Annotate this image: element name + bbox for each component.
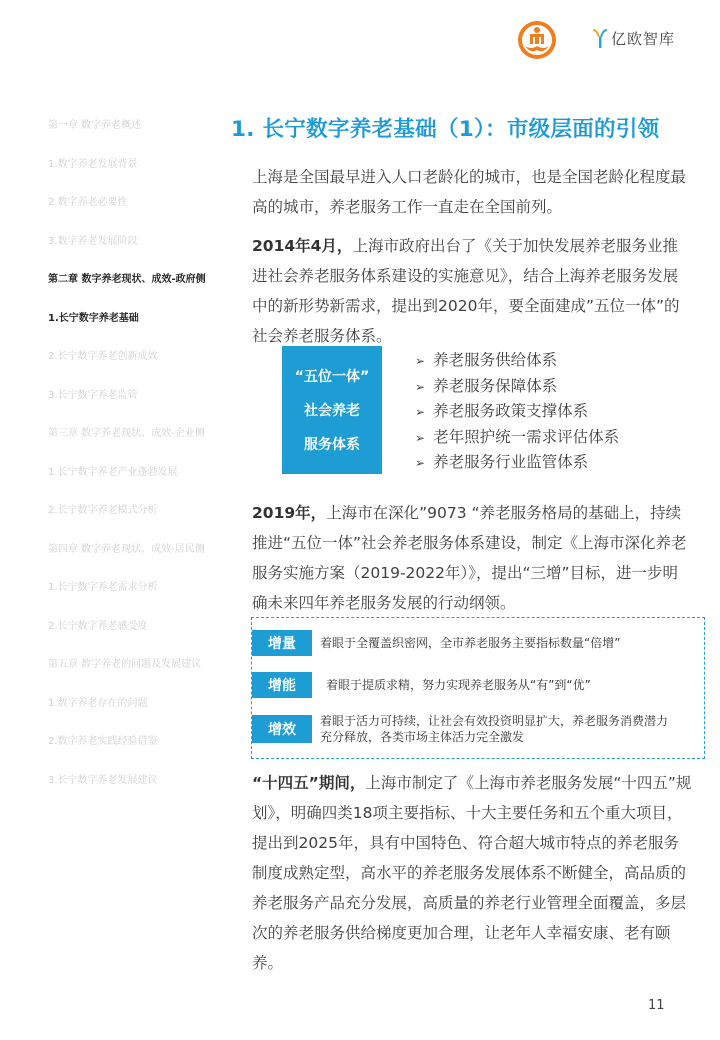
- list-item: ➢养老服务行业监管体系: [415, 450, 619, 476]
- three-increase-goals-box: 增量 着眼于全覆盖织密网，全市养老服务主要指标数量“倍增” 增能 着眼于提质求精…: [251, 617, 705, 759]
- toc-item-2-3[interactable]: 3.长宁数字养老监管: [48, 388, 238, 427]
- five-in-one-box: “五位一体” 社会养老 服务体系: [282, 346, 382, 474]
- toc-item-5-1[interactable]: 1.数字养老存在的问题: [48, 696, 238, 735]
- header-logos: 亿欧智库: [517, 20, 707, 70]
- arrow-bullet-icon: ➢: [415, 354, 425, 368]
- toc-item-3-2[interactable]: 2.长宁数字养老模式分析: [48, 503, 238, 542]
- toc-item-2-1[interactable]: 1.长宁数字养老基础: [48, 311, 238, 350]
- toc-item-ch5[interactable]: 第五章 数字养老的问题及发展建议: [48, 657, 238, 696]
- arrow-bullet-icon: ➢: [415, 456, 425, 470]
- goal-text: 着眼于活力可持续，让社会有效投资明显扩大，养老服务消费潜力充分释放，各类市场主体…: [320, 713, 675, 745]
- goal-text: 着眼于全覆盖织密网，全市养老服务主要指标数量“倍增”: [320, 635, 620, 651]
- paragraph-2019: 2019年，上海市在深化”9073 “养老服务格局的基础上，持续推进“五位一体”…: [252, 498, 692, 618]
- goal-row-efficiency: 增效 着眼于活力可持续，让社会有效投资明显扩大，养老服务消费潜力充分释放，各类市…: [252, 713, 675, 745]
- goal-tag: 增量: [252, 630, 312, 656]
- toc-item-ch1[interactable]: 第一章 数字养老概述: [48, 118, 238, 157]
- arrow-bullet-icon: ➢: [415, 405, 425, 419]
- goal-text: 着眼于提质求精，努力实现养老服务从“有”到“优”: [326, 677, 591, 693]
- list-item: ➢养老服务政策支撑体系: [415, 399, 619, 425]
- arrow-bullet-icon: ➢: [415, 380, 425, 394]
- paragraph-2014: 2014年4月，上海市政府出台了《关于加快发展养老服务业推进社会养老服务体系建设…: [252, 231, 692, 351]
- paragraph-14th-five-year: “十四五”期间，上海市制定了《上海市养老服务发展“十四五”规划》，明确四类18项…: [252, 768, 692, 978]
- paragraph-14th-lead: “十四五”期间，: [252, 774, 365, 792]
- brand-name: 亿欧智库: [611, 28, 675, 49]
- table-of-contents: 第一章 数字养老概述 1.数字养老发展背景 2.数字养老必要性 3.数字养老发展…: [48, 118, 238, 811]
- toc-item-5-3[interactable]: 3.长宁数字养老发展建议: [48, 773, 238, 812]
- elderly-care-emblem-icon: [517, 20, 557, 60]
- goal-tag: 增效: [252, 715, 312, 743]
- toc-item-ch3[interactable]: 第三章 数字养老现状、成效-企业侧: [48, 426, 238, 465]
- toc-item-3-1[interactable]: 1.长宁数字养老产业蓬勃发展: [48, 465, 238, 504]
- paragraph-2014-lead: 2014年4月，: [252, 237, 352, 255]
- toc-item-ch2[interactable]: 第二章 数字养老现状、成效-政府侧: [48, 272, 238, 311]
- five-system-list: ➢养老服务供给体系 ➢养老服务保障体系 ➢养老服务政策支撑体系 ➢老年照护统一需…: [415, 348, 619, 476]
- list-item: ➢养老服务保障体系: [415, 374, 619, 400]
- list-item-text: 养老服务供给体系: [433, 351, 557, 369]
- toc-item-ch4[interactable]: 第四章 数字养老现状、成效-居民侧: [48, 542, 238, 581]
- list-item-text: 养老服务保障体系: [433, 377, 557, 395]
- five-box-line2: 社会养老: [282, 400, 382, 420]
- list-item-text: 养老服务行业监管体系: [433, 453, 588, 471]
- five-box-line3: 服务体系: [282, 434, 382, 454]
- goal-row-capability: 增能 着眼于提质求精，努力实现养老服务从“有”到“优”: [252, 672, 591, 698]
- paragraph-intro: 上海是全国最早进入人口老龄化的城市，也是全国老龄化程度最高的城市，养老服务工作一…: [252, 162, 692, 222]
- page-title: 1. 长宁数字养老基础（1）：市级层面的引领: [231, 112, 659, 143]
- toc-item-1-3[interactable]: 3.数字养老发展阶段: [48, 234, 238, 273]
- toc-item-1-1[interactable]: 1.数字养老发展背景: [48, 157, 238, 196]
- toc-item-5-2[interactable]: 2.数字养老实践经验借鉴: [48, 734, 238, 773]
- list-item: ➢养老服务供给体系: [415, 348, 619, 374]
- toc-item-2-2[interactable]: 2.长宁数字养老创新成效: [48, 349, 238, 388]
- goal-tag: 增能: [252, 672, 312, 698]
- toc-item-1-2[interactable]: 2.数字养老必要性: [48, 195, 238, 234]
- five-box-line1: “五位一体”: [282, 366, 382, 386]
- paragraph-14th-text: 上海市制定了《上海市养老服务发展“十四五”规划》，明确四类18项主要指标、十大主…: [252, 774, 691, 972]
- list-item-text: 老年照护统一需求评估体系: [433, 428, 619, 446]
- yiou-y-icon: [592, 29, 608, 49]
- paragraph-2019-lead: 2019年，: [252, 504, 326, 522]
- list-item-text: 养老服务政策支撑体系: [433, 402, 588, 420]
- brand-logo: 亿欧智库: [592, 28, 675, 49]
- arrow-bullet-icon: ➢: [415, 431, 425, 445]
- page-number: 11: [648, 998, 665, 1013]
- goal-row-quantity: 增量 着眼于全覆盖织密网，全市养老服务主要指标数量“倍增”: [252, 630, 620, 656]
- list-item: ➢老年照护统一需求评估体系: [415, 425, 619, 451]
- toc-item-4-1[interactable]: 1.长宁数字养老需求分析: [48, 580, 238, 619]
- toc-item-4-2[interactable]: 2.长宁数字养老感受度: [48, 619, 238, 658]
